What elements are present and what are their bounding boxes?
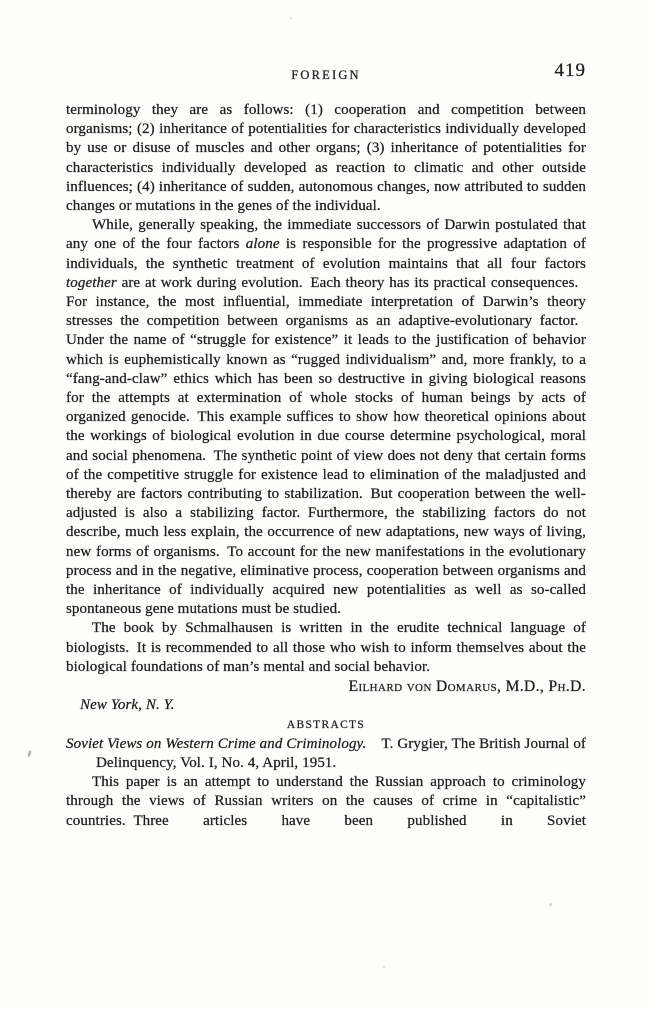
scan-artifact	[27, 750, 32, 758]
scan-artifact	[383, 966, 385, 968]
review-paragraph: While, generally speaking, the immediate…	[66, 216, 586, 619]
abstract-citation: Soviet Views on Western Crime and Crimin…	[66, 735, 586, 773]
scan-artifact	[549, 903, 552, 906]
text-run: This paper is an attempt to understand t…	[66, 774, 586, 828]
italic-text-run: Soviet Views on Western Crime and Crimin…	[66, 736, 366, 752]
italic-text-run: alone	[246, 236, 280, 252]
section-heading: ABSTRACTS	[66, 716, 586, 735]
page-header: FOREIGN 419	[66, 63, 586, 85]
review-paragraph: The book by Schmalhausen is written in t…	[66, 619, 586, 677]
review-paragraph-continuation: terminology they are as follows: (1) coo…	[66, 101, 586, 216]
running-title: FOREIGN	[66, 68, 586, 83]
abstract-paragraph: This paper is an attempt to understand t…	[66, 773, 586, 831]
page-body: terminology they are as follows: (1) coo…	[66, 101, 586, 831]
text-run: are at work during evolution. Each theor…	[66, 275, 586, 617]
reviewer-location: New York, N. Y.	[66, 696, 586, 715]
italic-text-run: together	[66, 275, 117, 291]
text-run: terminology they are as follows: (1) coo…	[66, 102, 586, 214]
page-number: 419	[555, 60, 587, 82]
text-run: The book by Schmalhausen is written in t…	[66, 620, 586, 674]
scan-artifact	[290, 17, 292, 19]
reviewer-signature: Eilhard von Domarus, M.D., Ph.D.	[66, 677, 586, 696]
journal-page: FOREIGN 419 terminology they are as foll…	[0, 0, 650, 1010]
